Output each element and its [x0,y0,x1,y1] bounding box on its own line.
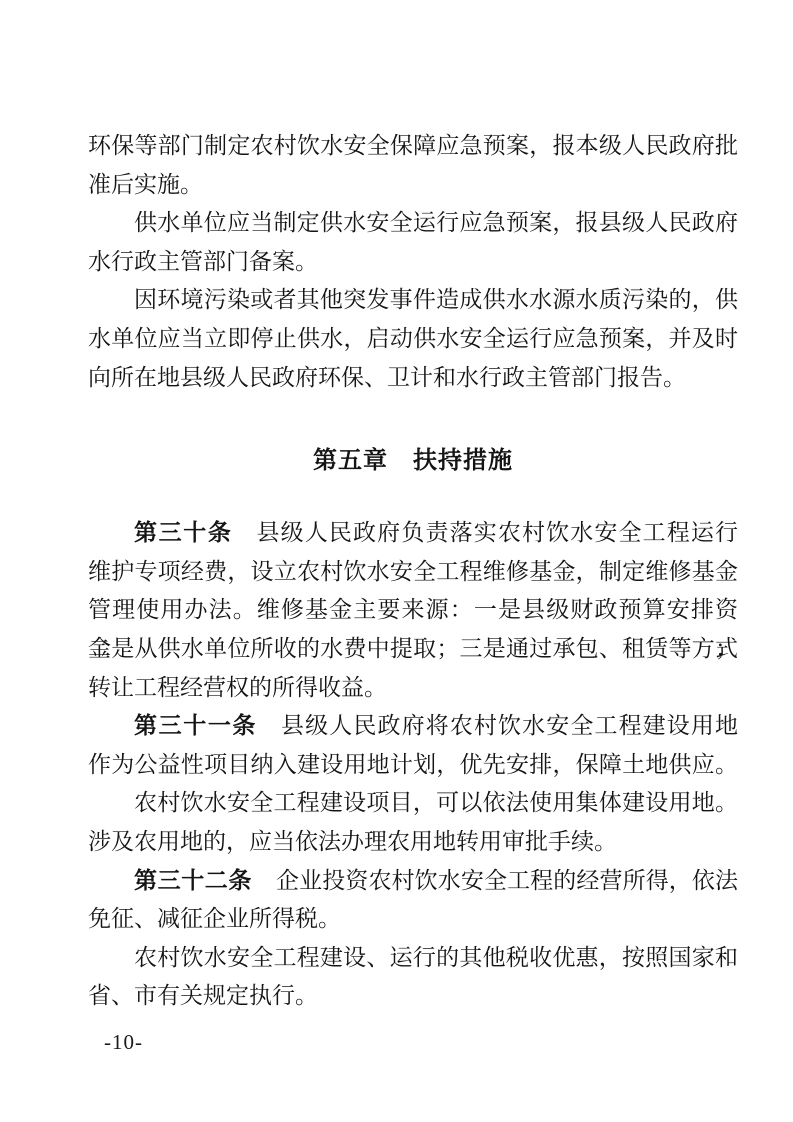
paragraph-line: 供水单位应当制定供水安全运行应急预案，报县级人民政府 [88,204,738,243]
page-number: -10- [104,1030,143,1055]
chapter-number: 第五章 [313,448,388,474]
paragraph-line: 水行政主管部门备案。 [88,243,738,282]
paragraph-line: 涉及农用地的，应当依法办理农用地转用审批手续。 [88,823,738,862]
paragraph-line: 第三十条县级人民政府负责落实农村饮水安全工程运行 [88,514,738,553]
paragraph-line: 管理使用办法。维修基金主要来源：一是县级财政预算安排资金； [88,591,738,630]
chapter-title: 扶持措施 [413,448,513,474]
line-text: 企业投资农村饮水安全工程的经营所得，依法 [276,868,738,893]
paragraph-line: 农村饮水安全工程建设、运行的其他税收优惠，按照国家和 [88,939,738,978]
line-text: 县级人民政府将农村饮水安全工程建设用地 [281,713,738,738]
line-text: 县级人民政府负责落实农村饮水安全工程运行 [257,520,738,545]
paragraph-line: 二是从供水单位所收的水费中提取；三是通过承包、租赁等方式 [88,630,738,669]
paragraph-line: 向所在地县级人民政府环保、卫计和水行政主管部门报告。 [88,359,738,398]
paragraph-line: 环保等部门制定农村饮水安全保障应急预案，报本级人民政府批 [88,127,738,166]
article-number: 第三十二条 [134,868,252,893]
paragraph-line: 转让工程经营权的所得收益。 [88,669,738,708]
paragraph-line: 因环境污染或者其他突发事件造成供水水源水质污染的，供 [88,281,738,320]
paragraph-line: 维护专项经费，设立农村饮水安全工程维修基金，制定维修基金 [88,553,738,592]
paragraph-line: 省、市有关规定执行。 [88,977,738,1016]
chapter-heading: 第五章 扶持措施 [88,441,738,481]
document-body: 环保等部门制定农村饮水安全保障应急预案，报本级人民政府批 准后实施。 供水单位应… [88,127,738,1016]
article-number: 第三十条 [134,520,233,545]
paragraph-line: 免征、减征企业所得税。 [88,900,738,939]
paragraph-line: 农村饮水安全工程建设项目，可以依法使用集体建设用地。 [88,784,738,823]
document-page: 环保等部门制定农村饮水安全保障应急预案，报本级人民政府批 准后实施。 供水单位应… [0,0,793,1122]
paragraph-line: 第三十二条企业投资农村饮水安全工程的经营所得，依法 [88,862,738,901]
paragraph-line: 第三十一条县级人民政府将农村饮水安全工程建设用地 [88,707,738,746]
paragraph-line: 准后实施。 [88,166,738,205]
paragraph-line: 水单位应当立即停止供水，启动供水安全运行应急预案，并及时 [88,320,738,359]
article-number: 第三十一条 [134,713,257,738]
paragraph-line: 作为公益性项目纳入建设用地计划，优先安排，保障土地供应。 [88,746,738,785]
